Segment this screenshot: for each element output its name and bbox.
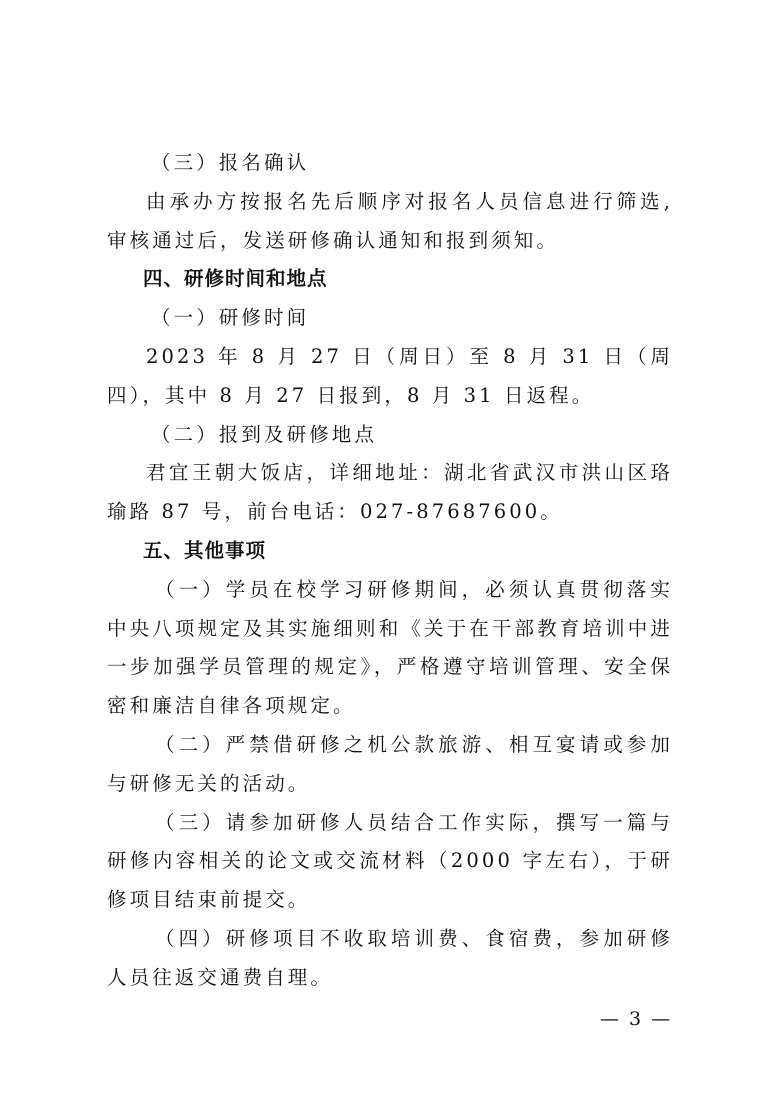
other-matters-item-2: （二）严禁借研修之机公款旅游、相互宴请或参加与研修无关的活动。 bbox=[107, 726, 673, 804]
section-heading-time-and-place: 四、研修时间和地点 bbox=[107, 260, 673, 299]
other-matters-item-4: （四）研修项目不收取培训费、食宿费，参加研修人员往返交通费自理。 bbox=[107, 920, 673, 998]
subsection-heading-training-time: （一）研修时间 bbox=[107, 299, 673, 338]
subsection-heading-training-location: （二）报到及研修地点 bbox=[107, 416, 673, 455]
paragraph-registration-confirmation: 由承办方按报名先后顺序对报名人员信息进行筛选,审核通过后，发送研修确认通知和报到… bbox=[107, 183, 673, 261]
paragraph-training-location: 君宜王朝大饭店，详细地址：湖北省武汉市洪山区珞瑜路 87 号，前台电话：027-… bbox=[107, 454, 673, 532]
other-matters-item-1: （一）学员在校学习研修期间，必须认真贯彻落实中央八项规定及其实施细则和《关于在干… bbox=[107, 571, 673, 726]
subsection-heading-registration-confirmation: （三）报名确认 bbox=[107, 144, 673, 183]
other-matters-item-3: （三）请参加研修人员结合工作实际，撰写一篇与研修内容相关的论文或交流材料（200… bbox=[107, 804, 673, 920]
paragraph-training-time: 2023 年 8 月 27 日（周日）至 8 月 31 日（周四），其中 8 月… bbox=[107, 338, 673, 416]
page-number: — 3 — bbox=[600, 1008, 672, 1030]
document-page: （三）报名确认 由承办方按报名先后顺序对报名人员信息进行筛选,审核通过后，发送研… bbox=[107, 144, 673, 998]
section-heading-other-matters: 五、其他事项 bbox=[107, 532, 673, 571]
